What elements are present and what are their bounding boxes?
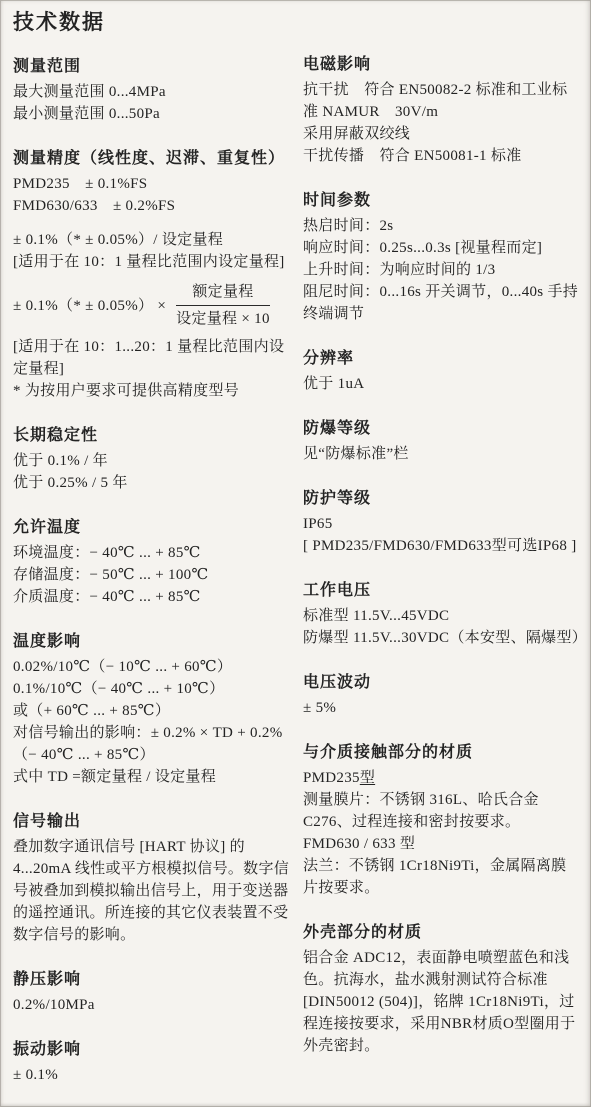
spec-accuracy-note-10to1: [适用于在 10：1 量程比范围内设定量程] xyxy=(13,251,291,273)
section-signal-output: 信号输出 叠加数字通讯信号 [HART 协议] 的 4...20mA 线性或平方… xyxy=(13,811,291,946)
accuracy-formula-fraction: 额定量程 设定量程 × 10 xyxy=(176,282,270,329)
section-accuracy: 测量精度（线性度、迟滞、重复性） PMD235 ± 0.1%FS FMD630/… xyxy=(13,148,291,402)
spec-accuracy-setspan: ± 0.1%（* ± 0.05%）/ 设定量程 xyxy=(13,229,291,251)
spec-signal-output-text: 叠加数字通讯信号 [HART 协议] 的 4...20mA 线性或平方根模拟信号… xyxy=(13,836,291,946)
section-long-term-stability: 长期稳定性 优于 0.1% / 年 优于 0.25% / 5 年 xyxy=(13,425,291,494)
section-explosion-class: 防爆等级 见“防爆标准”栏 xyxy=(303,418,580,465)
spec-emc-immunity: 抗干扰 符合 EN50082-2 标准和工业标准 NAMUR 30V/m xyxy=(303,79,580,123)
spec-resolution-value: 优于 1uA xyxy=(303,373,580,395)
spec-accuracy-pmd235: PMD235 ± 0.1%FS xyxy=(13,173,291,195)
spec-stability-year: 优于 0.1% / 年 xyxy=(13,450,291,472)
spec-emc-emission: 干扰传播 符合 EN50081-1 标准 xyxy=(303,145,580,167)
heading-time-parameters: 时间参数 xyxy=(303,190,580,212)
heading-emc: 电磁影响 xyxy=(303,54,580,76)
spec-rise-time: 上升时间：为响应时间的 1/3 xyxy=(303,259,580,281)
heading-wetted-materials: 与介质接触部分的材质 xyxy=(303,742,580,764)
right-column: 电磁影响 抗干扰 符合 EN50082-2 标准和工业标准 NAMUR 30V/… xyxy=(303,8,580,1086)
spec-max-range: 最大测量范围 0...4MPa xyxy=(13,81,291,103)
section-time-parameters: 时间参数 热启时间：2s 响应时间：0.25s...0.3s [视量程而定] 上… xyxy=(303,190,580,325)
section-supply-voltage: 工作电压 标准型 11.5V...45VDC 防爆型 11.5V...30VDC… xyxy=(303,580,580,649)
spec-temp-effect-3: 或（+ 60℃ ... + 85℃） xyxy=(13,700,291,722)
page-title: 技术数据 xyxy=(13,10,291,36)
spec-warmup-time: 热启时间：2s xyxy=(303,215,580,237)
spec-response-time: 响应时间：0.25s...0.3s [视量程而定] xyxy=(303,237,580,259)
spec-protection-ip68-option: [ PMD235/FMD630/FMD633型可选IP68 ] xyxy=(303,535,580,557)
spec-voltage-standard: 标准型 11.5V...45VDC xyxy=(303,605,580,627)
accuracy-formula-prefix: ± 0.1%（* ± 0.05%） × xyxy=(13,295,166,317)
spec-ambient-temperature: 环境温度：− 40℃ ... + 85℃ xyxy=(13,542,291,564)
heading-temperature-effect: 温度影响 xyxy=(13,631,291,653)
heading-resolution: 分辨率 xyxy=(303,348,580,370)
accuracy-formula-numerator: 额定量程 xyxy=(176,282,270,306)
spec-temp-effect-output: 对信号输出的影响：± 0.2% × TD + 0.2%（− 40℃ ... + … xyxy=(13,722,291,766)
spec-explosion-class-ref: 见“防爆标准”栏 xyxy=(303,443,580,465)
section-emc: 电磁影响 抗干扰 符合 EN50082-2 标准和工业标准 NAMUR 30V/… xyxy=(303,54,580,167)
spec-damping-time: 阻尼时间：0...16s 开关调节，0...40s 手持终端调节 xyxy=(303,281,580,325)
heading-protection-class: 防护等级 xyxy=(303,488,580,510)
section-vibration-effect: 振动影响 ± 0.1% xyxy=(13,1039,291,1086)
spec-accuracy-note-20to1: [适用于在 10：1...20：1 量程比范围内设定量程] xyxy=(13,336,291,380)
spec-temp-effect-td: 式中 TD =额定量程 / 设定量程 xyxy=(13,766,291,788)
heading-accuracy: 测量精度（线性度、迟滞、重复性） xyxy=(13,148,291,170)
wetted-model-fmd630: FMD630 / 633 型 xyxy=(303,833,580,855)
accuracy-formula: ± 0.1%（* ± 0.05%） × 额定量程 设定量程 × 10 xyxy=(13,282,291,329)
spec-medium-temperature: 介质温度：− 40℃ ... + 85℃ xyxy=(13,586,291,608)
spec-min-range: 最小测量范围 0...50Pa xyxy=(13,103,291,125)
heading-permissible-temperature: 允许温度 xyxy=(13,517,291,539)
spec-temp-effect-2: 0.1%/10℃（− 40℃ ... + 10℃） xyxy=(13,678,291,700)
heading-measuring-range: 测量范围 xyxy=(13,56,291,78)
heading-voltage-ripple: 电压波动 xyxy=(303,672,580,694)
spec-vibration-value: ± 0.1% xyxy=(13,1064,291,1086)
spec-accuracy-footnote: * 为按用户要求可提供高精度型号 xyxy=(13,380,291,402)
heading-explosion-class: 防爆等级 xyxy=(303,418,580,440)
datasheet-page: 技术数据 测量范围 最大测量范围 0...4MPa 最小测量范围 0...50P… xyxy=(0,0,591,1086)
wetted-model-pmd235-name: PMD235 xyxy=(303,770,360,786)
accuracy-formula-denominator: 设定量程 × 10 xyxy=(176,306,270,329)
spec-accuracy-fmd630: FMD630/633 ± 0.2%FS xyxy=(13,195,291,217)
spec-voltage-ex: 防爆型 11.5V...30VDC（本安型、隔爆型） xyxy=(303,627,580,649)
spec-wetted-fmd630-text: 法兰：不锈钢 1Cr18Ni9Ti，金属隔离膜片按要求。 xyxy=(303,855,580,899)
section-temperature-effect: 温度影响 0.02%/10℃（− 10℃ ... + 60℃） 0.1%/10℃… xyxy=(13,631,291,788)
heading-long-term-stability: 长期稳定性 xyxy=(13,425,291,447)
spec-protection-ip65: IP65 xyxy=(303,513,580,535)
spec-static-pressure-value: 0.2%/10MPa xyxy=(13,994,291,1016)
heading-housing-materials: 外壳部分的材质 xyxy=(303,922,580,944)
section-static-pressure-effect: 静压影响 0.2%/10MPa xyxy=(13,969,291,1016)
section-housing-materials: 外壳部分的材质 铝合金 ADC12，表面静电喷塑蓝色和浅色。抗海水，盐水溅射测试… xyxy=(303,922,580,1057)
spec-stability-5year: 优于 0.25% / 5 年 xyxy=(13,472,291,494)
spec-emc-shielded-cable: 采用屏蔽双绞线 xyxy=(303,123,580,145)
spec-voltage-ripple-value: ± 5% xyxy=(303,697,580,719)
spec-housing-text: 铝合金 ADC12，表面静电喷塑蓝色和浅色。抗海水，盐水溅射测试符合标准 [DI… xyxy=(303,947,580,1057)
spec-temp-effect-1: 0.02%/10℃（− 10℃ ... + 60℃） xyxy=(13,656,291,678)
section-measuring-range: 测量范围 最大测量范围 0...4MPa 最小测量范围 0...50Pa xyxy=(13,56,291,125)
wetted-model-pmd235: PMD235型 xyxy=(303,767,580,789)
section-wetted-materials: 与介质接触部分的材质 PMD235型 测量膜片：不锈钢 316L、哈氏合金 C2… xyxy=(303,742,580,899)
heading-supply-voltage: 工作电压 xyxy=(303,580,580,602)
section-permissible-temperature: 允许温度 环境温度：− 40℃ ... + 85℃ 存储温度：− 50℃ ...… xyxy=(13,517,291,608)
heading-signal-output: 信号输出 xyxy=(13,811,291,833)
heading-static-pressure-effect: 静压影响 xyxy=(13,969,291,991)
section-voltage-ripple: 电压波动 ± 5% xyxy=(303,672,580,719)
wetted-model-pmd235-suffix: 型 xyxy=(360,770,375,786)
spec-wetted-pmd235-text: 测量膜片：不锈钢 316L、哈氏合金 C276、过程连接和密封按要求。 xyxy=(303,789,580,833)
section-protection-class: 防护等级 IP65 [ PMD235/FMD630/FMD633型可选IP68 … xyxy=(303,488,580,557)
left-column: 技术数据 测量范围 最大测量范围 0...4MPa 最小测量范围 0...50P… xyxy=(13,8,291,1086)
heading-vibration-effect: 振动影响 xyxy=(13,1039,291,1061)
spec-storage-temperature: 存储温度：− 50℃ ... + 100℃ xyxy=(13,564,291,586)
section-resolution: 分辨率 优于 1uA xyxy=(303,348,580,395)
